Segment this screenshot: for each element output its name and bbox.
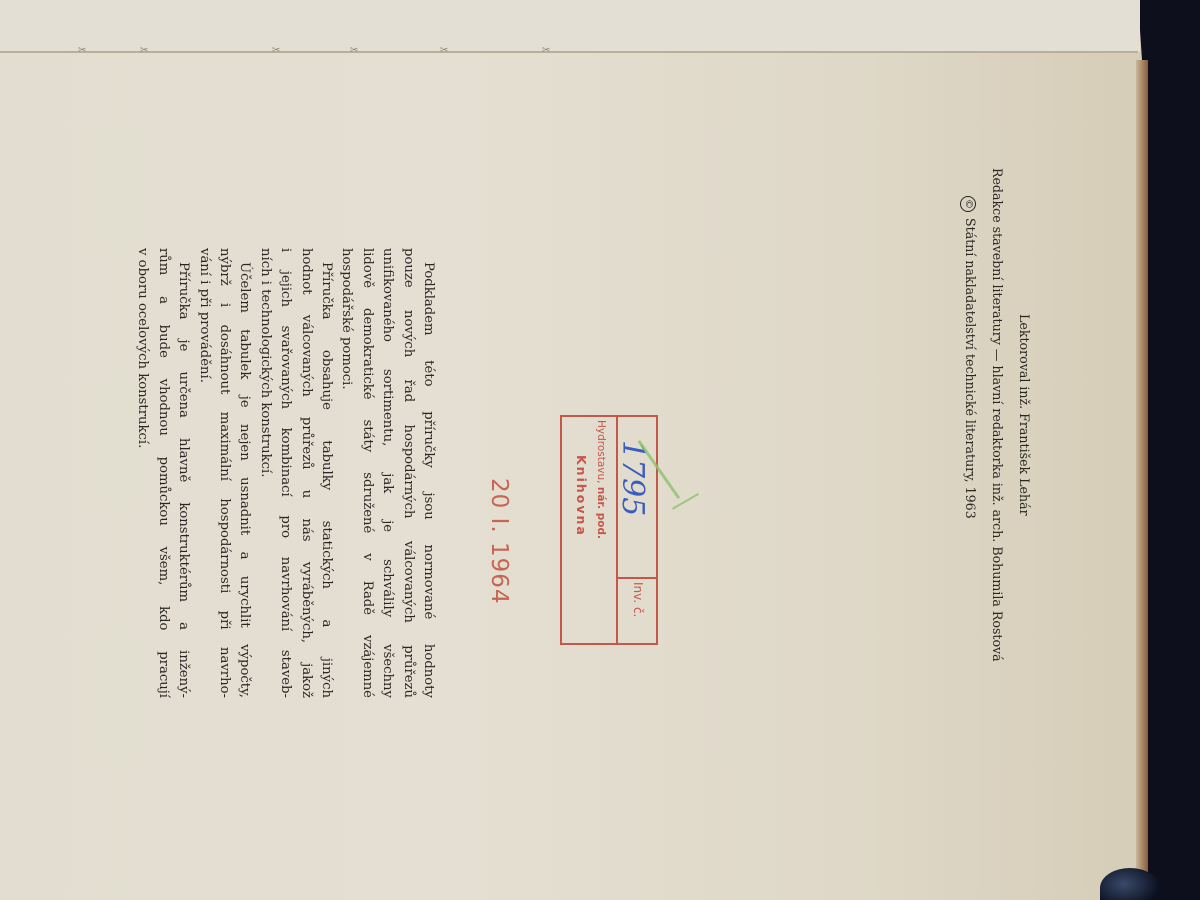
thumb bbox=[1100, 868, 1160, 900]
credits: Lektoroval inž. František Lehár Redakce … bbox=[957, 168, 1038, 662]
stitch-mark: ✂ bbox=[440, 46, 450, 56]
text-line: Účelem tabulek je nejen usnadnit a urych… bbox=[234, 248, 254, 698]
text-line: v oboru ocelových konstrukcí. bbox=[132, 248, 152, 698]
stitch-mark: ✂ bbox=[78, 46, 88, 56]
library-name: Knihovna bbox=[574, 455, 589, 537]
paragraph: Účelem tabulek je nejen usnadnit a urych… bbox=[193, 248, 254, 698]
paragraph: Příručka je určena hlavně konstruktérům … bbox=[132, 248, 193, 698]
stitch-mark: ✂ bbox=[272, 46, 282, 56]
paragraph: Podkladem této příručky jsou normované h… bbox=[336, 248, 438, 698]
reviewer-credit: Lektoroval inž. František Lehár bbox=[1011, 168, 1038, 662]
text-line: nýbrž i dosáhnout maximální hospodárnost… bbox=[214, 248, 234, 698]
date-stamp: 20 I. 1964 bbox=[486, 478, 512, 605]
text-line: ních i technologických konstrukcí. bbox=[254, 248, 274, 698]
text-line: hodnot válcovaných průřezů u nás vyráběn… bbox=[295, 248, 315, 698]
text-line: pouze nových řad hospodárných válcovanýc… bbox=[397, 248, 417, 698]
stitch-mark: ✂ bbox=[350, 46, 360, 56]
text-line: lidově demokratické státy sdružené v Rad… bbox=[356, 248, 376, 698]
binding-fold bbox=[0, 51, 1138, 53]
library-org-prefix: Hydrostavu, bbox=[595, 420, 607, 484]
text-line: vání i při provádění. bbox=[193, 248, 213, 698]
paragraph: Příručka obsahuje tabulky statických a j… bbox=[254, 248, 336, 698]
text-line: hospodářské pomoci. bbox=[336, 248, 356, 698]
page-edge bbox=[1136, 60, 1148, 900]
inventory-label: Inv. č. bbox=[631, 582, 645, 617]
library-org-suffix: nár. pod. bbox=[595, 487, 607, 539]
stitch-mark: ✂ bbox=[140, 46, 150, 56]
publisher-credit: Státní nakladatelství technické literatu… bbox=[963, 218, 978, 519]
text-line: Podkladem této příručky jsou normované h… bbox=[418, 248, 438, 698]
copyright-icon: © bbox=[960, 196, 976, 212]
text-line: Příručka je určena hlavně konstruktérům … bbox=[173, 248, 193, 698]
stamp-divider bbox=[618, 577, 658, 579]
facing-page-strip bbox=[0, 0, 1140, 52]
text-line: rům a bude vhodnou pomůckou všem, kdo pr… bbox=[152, 248, 172, 698]
text-line: Příručka obsahuje tabulky statických a j… bbox=[316, 248, 336, 698]
library-org: Hydrostavu, nár. pod. bbox=[595, 420, 607, 539]
body-text: Podkladem této příručky jsou normované h… bbox=[132, 248, 438, 698]
text-line: unifikovaného sortimentu, jak je schváli… bbox=[377, 248, 397, 698]
stitch-mark: ✂ bbox=[542, 46, 552, 56]
text-line: i jejich svařovaných kombinací pro navrh… bbox=[275, 248, 295, 698]
publisher-line: ©Státní nakladatelství technické literat… bbox=[957, 168, 984, 662]
editorial-credit: Redakce stavební literatury — hlavní red… bbox=[984, 168, 1011, 662]
